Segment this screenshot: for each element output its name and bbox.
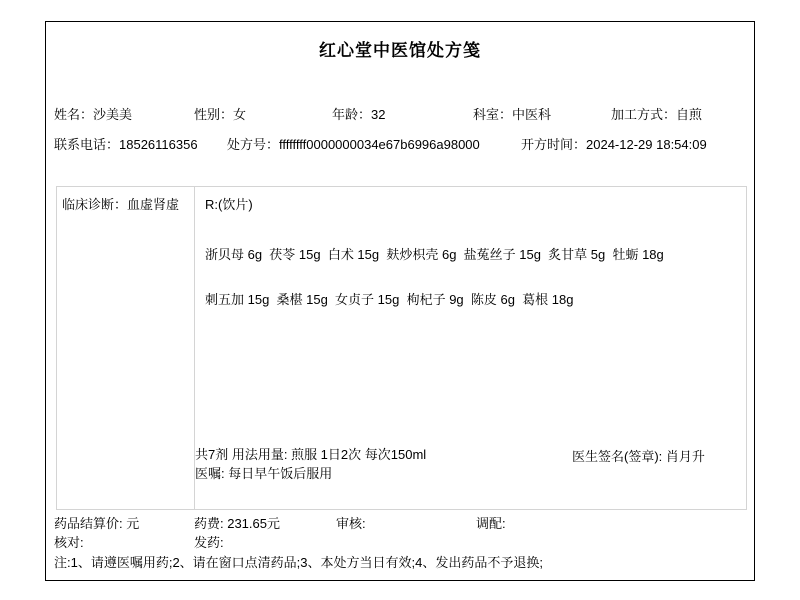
herb-line: 刺五加 15g 桑椹 15g 女贞子 15g 枸杞子 9g 陈皮 6g 葛根 1… [205,292,573,307]
doctor-signature: 医生签名(签章): 肖月升 [572,447,714,466]
contact-phone: 联系电话：18526116356 [54,137,198,152]
check-field: 核对: [54,535,84,550]
usage-dosage: 共7剂 用法用量: 煎服 1日2次 每次150ml [195,445,426,464]
settlement-price: 药品结算价: 元 [54,516,139,531]
herb-line: 浙贝母 6g 茯苓 15g 白术 15g 麸炒枳壳 6g 盐菟丝子 15g 炙甘… [205,247,664,262]
patient-age: 年龄：32 [332,107,385,122]
prescription-form: 红心堂中医馆处方笺 姓名：沙美美 性别：女 年龄：32 科室：中医科 加工方式：… [45,21,755,581]
footer-note: 注:1、请遵医嘱用药;2、请在窗口点清药品;3、本处方当日有效;4、发出药品不予… [54,555,543,570]
prescription-body: 临床诊断：血虚肾虚 R:(饮片) 浙贝母 6g 茯苓 15g 白术 15g 麸炒… [56,186,747,510]
process-method: 加工方式：自煎 [611,107,702,122]
dispense-field: 发药: [194,535,224,550]
form-title: 红心堂中医馆处方笺 [46,36,754,61]
department: 科室：中医科 [473,107,551,122]
rx-header: R:(饮片) [205,197,253,212]
rx-number: 处方号：ffffffff0000000034e67b6996a98000 [227,137,480,152]
medicine-fee: 药费: 231.65元 [194,516,280,531]
issue-time: 开方时间：2024-12-29 18:54:09 [521,137,707,152]
patient-name: 姓名：沙美美 [54,107,132,122]
clinical-diagnosis: 临床诊断：血虚肾虚 [62,197,179,212]
doctor-instructions: 医嘱: 每日早午饭后服用 [195,464,332,483]
patient-gender: 性别：女 [194,107,246,122]
dispense-prep-field: 调配: [476,516,506,531]
review-field: 审核: [336,516,366,531]
